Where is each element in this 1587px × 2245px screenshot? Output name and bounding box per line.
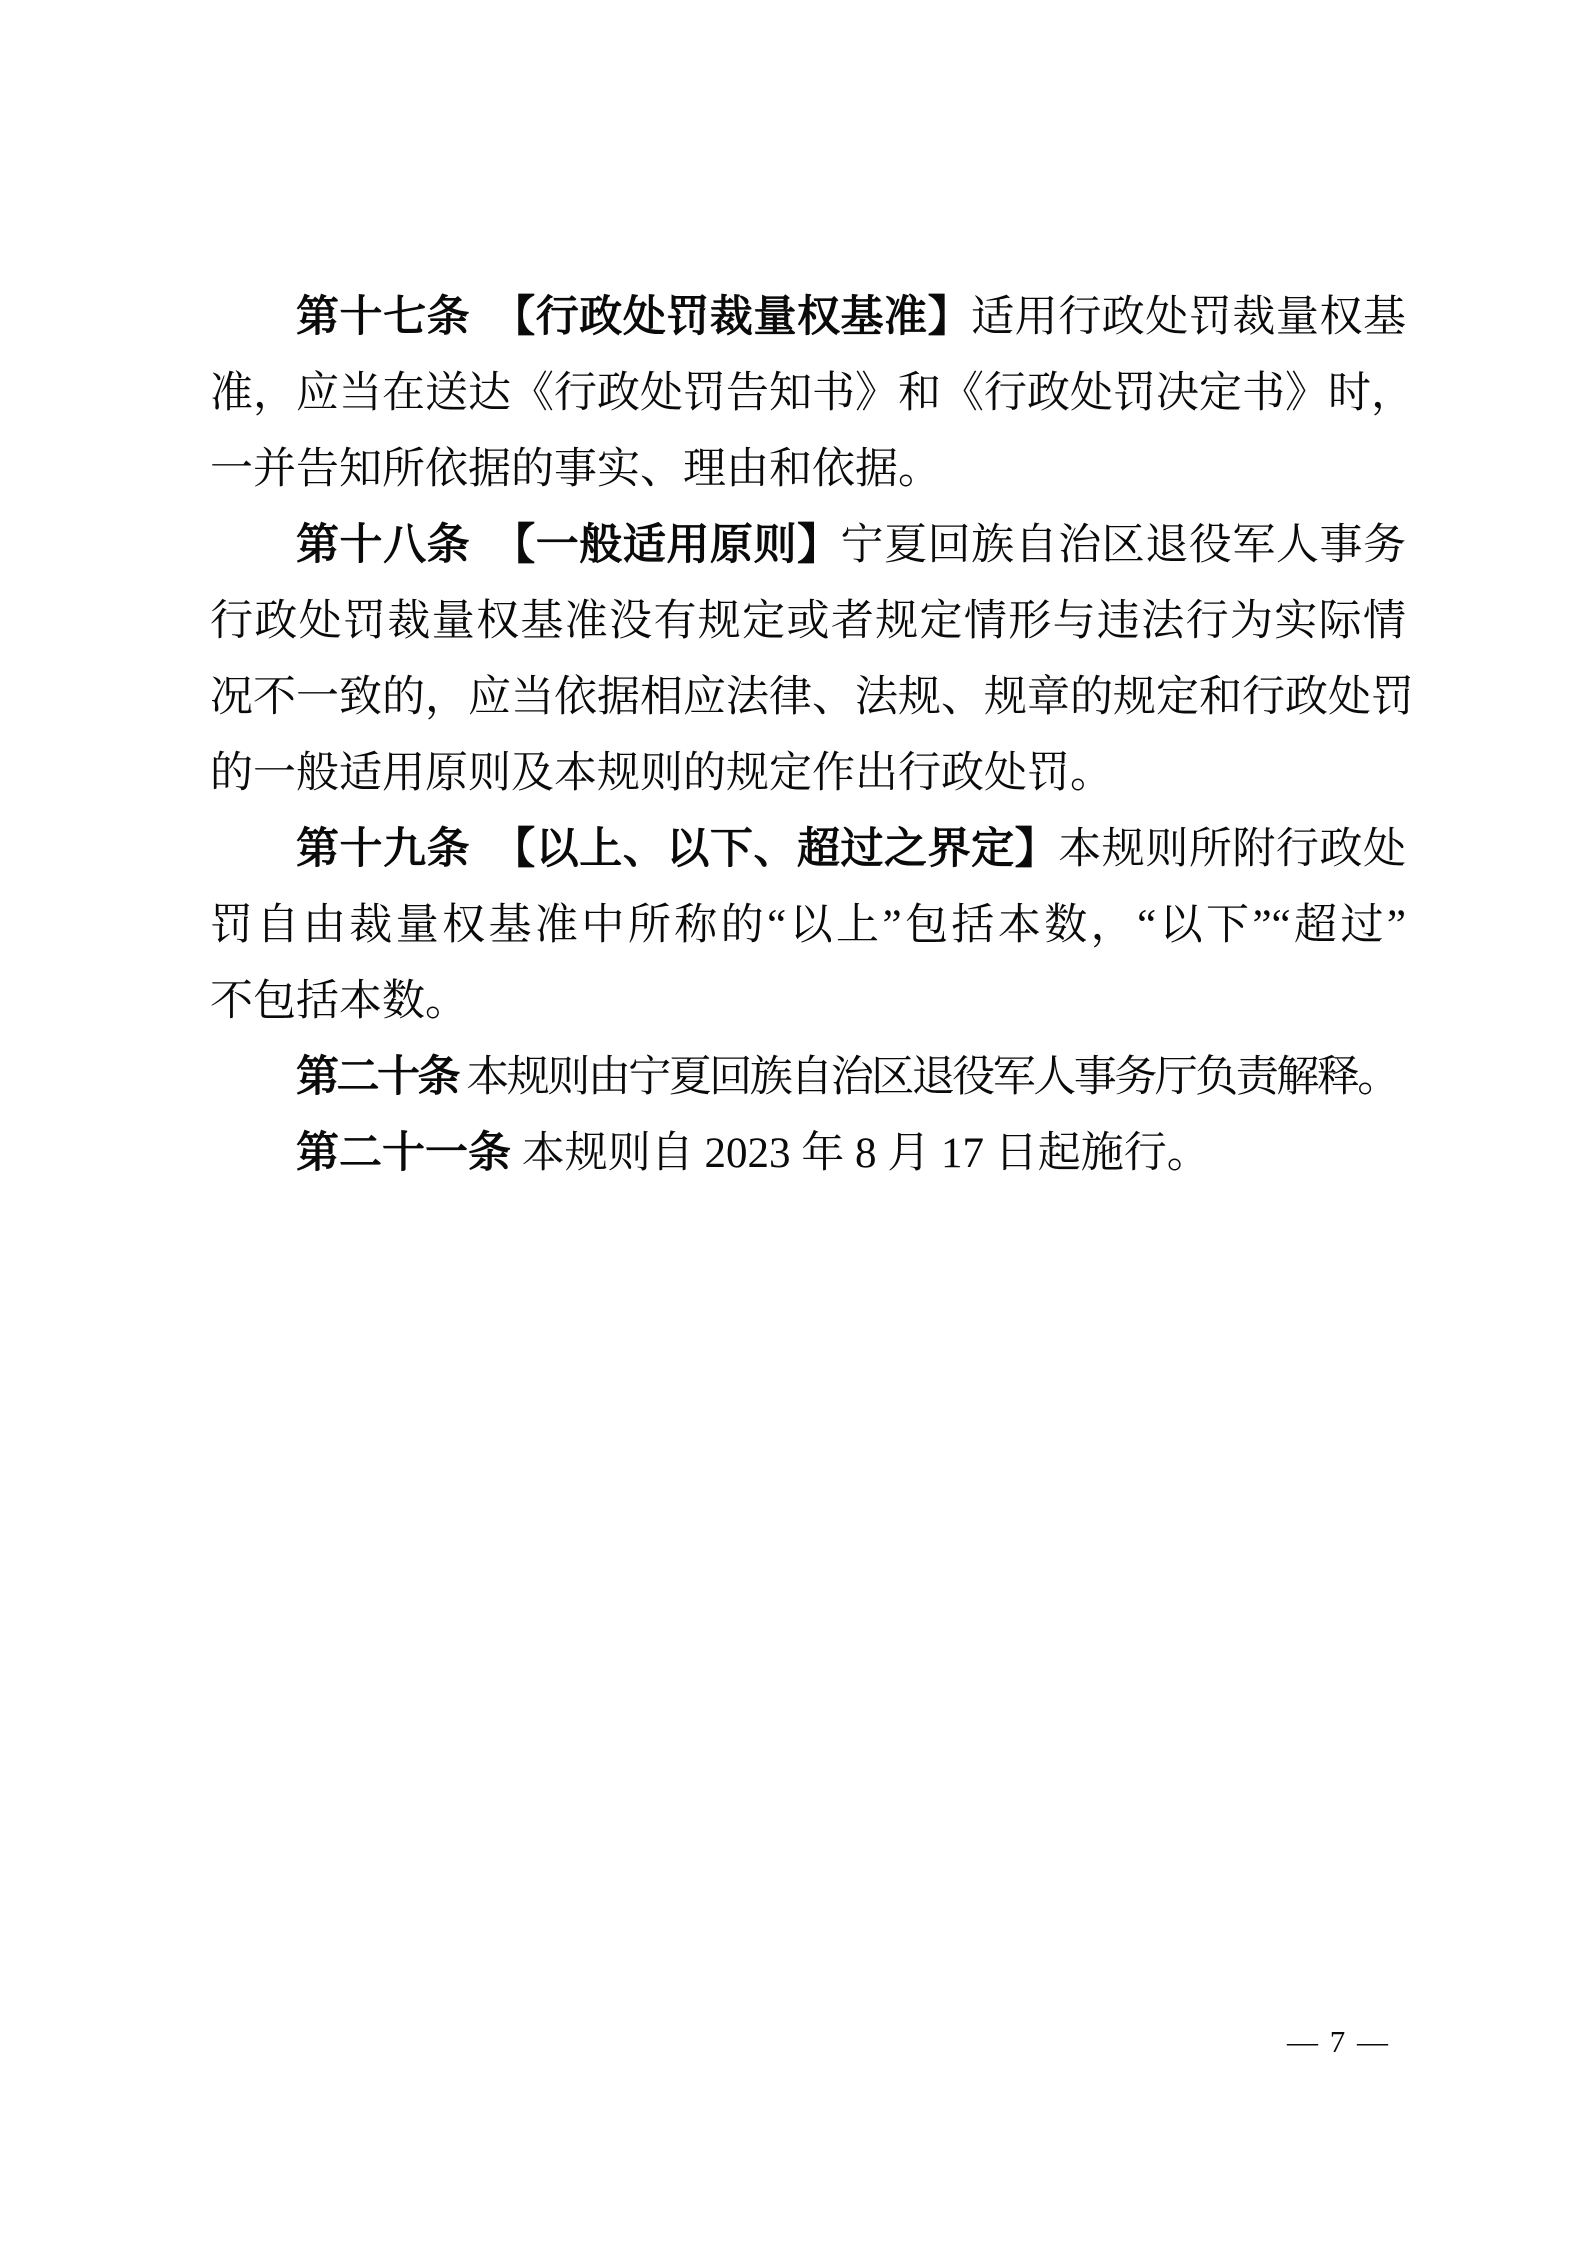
- doc-line-article-21: 第二十一条 本规则自 2023 年 8 月 17 日起施行。: [210, 1116, 1406, 1192]
- doc-line: 的一般适用原则及本规则的规定作出行政处罚。: [210, 736, 1406, 812]
- body-text: 的一般适用原则及本规则的规定作出行政处罚。: [210, 750, 1113, 797]
- doc-line: 不包括本数。: [210, 964, 1406, 1040]
- body-text: 宁夏回族自治区退役军人事务: [841, 522, 1406, 569]
- body-text: 罚自由裁量权基准中所称的“以上”包括本数，“以下”“超过”: [210, 902, 1406, 949]
- article-19-heading: 第十九条 【以上、以下、超过之界定】: [296, 826, 1058, 873]
- doc-line-article-17-heading: 第十七条 【行政处罚裁量权基准】适用行政处罚裁量权基: [210, 280, 1406, 356]
- body-text: 不包括本数。: [210, 978, 468, 1025]
- article-17-heading: 第十七条 【行政处罚裁量权基准】: [296, 294, 971, 341]
- page-number: — 7 —: [1287, 2020, 1390, 2064]
- article-21-heading: 第二十一条: [296, 1130, 511, 1177]
- body-text: 本规则由宁夏回族自治区退役军人事务厅负责解释。: [458, 1054, 1398, 1101]
- body-text: 一并告知所依据的事实、理由和依据。: [210, 446, 941, 493]
- doc-line: 行政处罚裁量权基准没有规定或者规定情形与违法行为实际情: [210, 584, 1406, 660]
- doc-line: 一并告知所依据的事实、理由和依据。: [210, 432, 1406, 508]
- doc-line-article-19-heading: 第十九条 【以上、以下、超过之界定】本规则所附行政处: [210, 812, 1406, 888]
- body-text: 本规则所附行政处: [1058, 826, 1406, 873]
- body-text: 况不一致的，应当依据相应法律、法规、规章的规定和行政处罚: [210, 674, 1414, 721]
- body-text: 适用行政处罚裁量权基: [971, 294, 1406, 341]
- article-18-heading: 第十八条 【一般适用原则】: [296, 522, 841, 569]
- body-text: 行政处罚裁量权基准没有规定或者规定情形与违法行为实际情: [210, 598, 1406, 645]
- doc-line-article-20: 第二十条 本规则由宁夏回族自治区退役军人事务厅负责解释。: [210, 1040, 1406, 1116]
- document-text-block: 第十七条 【行政处罚裁量权基准】适用行政处罚裁量权基 准，应当在送达《行政处罚告…: [210, 280, 1406, 1192]
- doc-line: 准，应当在送达《行政处罚告知书》和《行政处罚决定书》时，: [210, 356, 1406, 432]
- document-page: 第十七条 【行政处罚裁量权基准】适用行政处罚裁量权基 准，应当在送达《行政处罚告…: [0, 0, 1587, 2245]
- doc-line-article-18-heading: 第十八条 【一般适用原则】宁夏回族自治区退役军人事务: [210, 508, 1406, 584]
- body-text: 本规则自 2023 年 8 月 17 日起施行。: [511, 1130, 1210, 1177]
- article-20-heading: 第二十条: [296, 1054, 458, 1101]
- doc-line: 况不一致的，应当依据相应法律、法规、规章的规定和行政处罚: [210, 660, 1406, 736]
- body-text: 准，应当在送达《行政处罚告知书》和《行政处罚决定书》时，: [210, 370, 1414, 417]
- doc-line: 罚自由裁量权基准中所称的“以上”包括本数，“以下”“超过”: [210, 888, 1406, 964]
